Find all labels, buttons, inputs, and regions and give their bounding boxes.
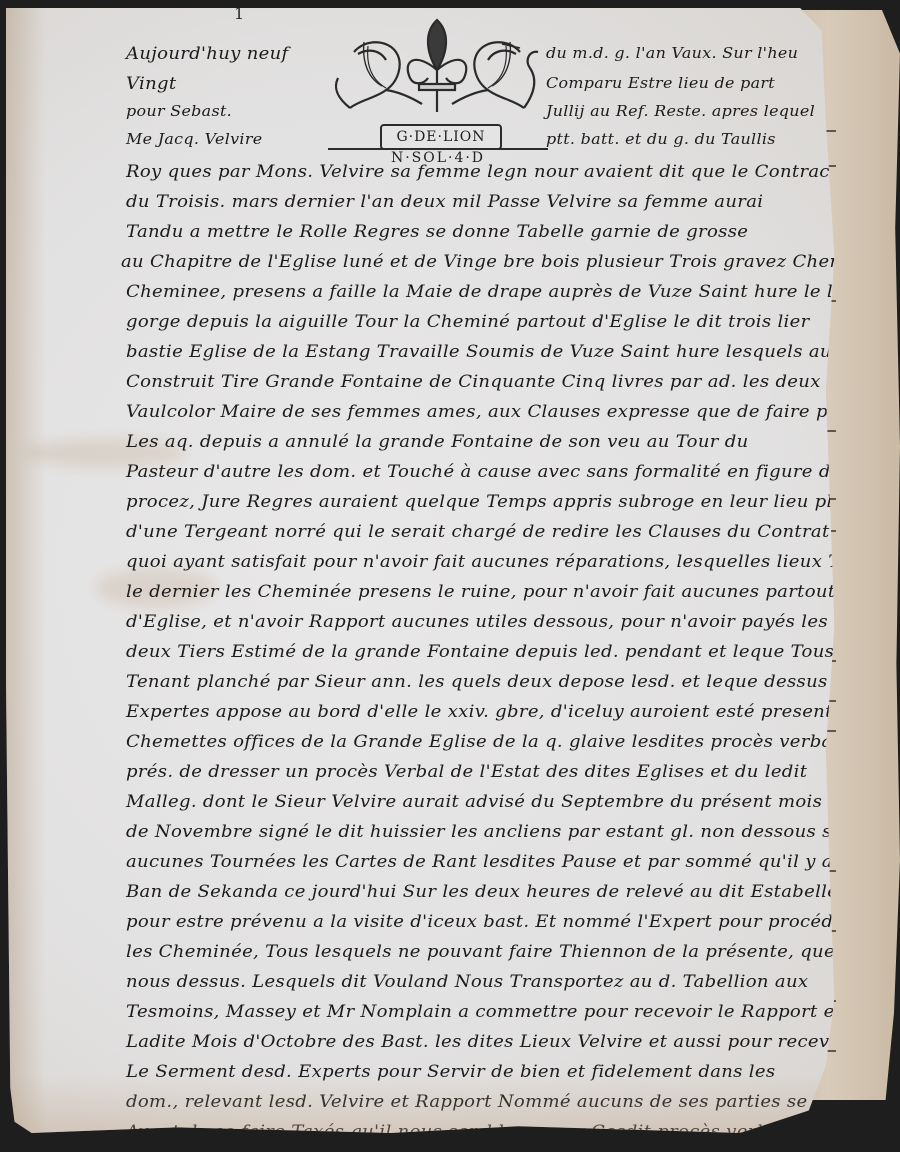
header-right-line: Jullij au Ref. Reste. apres lequel — [546, 102, 815, 120]
text-line: pour estre prévenu a la visite d'iceux b… — [126, 912, 900, 932]
text-line: Tandu a mettre le Rolle Regres se donne … — [126, 222, 748, 242]
text-line: prés. de dresser un procès Verbal de l'E… — [126, 762, 807, 782]
folio-number: 1 — [234, 4, 244, 23]
text-line: Les aq. depuis a annulé la grande Fontai… — [126, 432, 749, 452]
text-line: Avant de se faire Taxés qu'il nous sembl… — [126, 1122, 854, 1142]
header-left-line: Aujourd'huy neuf — [126, 44, 289, 64]
text-line: quoi ayant satisfait pour n'avoir fait a… — [126, 552, 893, 572]
header-right-line: Comparu Estre lieu de part — [546, 74, 775, 92]
text-line: Malleg. dont le Sieur Velvire aurait adv… — [126, 792, 822, 812]
tax-stamp: G·DE·LION N·SOL·4·D — [324, 12, 550, 168]
text-line: Cheminee, presens a faille la Maie de dr… — [126, 282, 844, 302]
text-line: du Troisis. mars dernier l'an deux mil P… — [126, 192, 763, 212]
text-line: dom., relevant lesd. Velvire et Rapport … — [126, 1092, 894, 1112]
text-line: aucunes Tournées les Cartes de Rant lesd… — [126, 852, 884, 872]
stamp-label-top: G·DE·LION — [380, 124, 502, 150]
text-line: Ladite Mois d'Octobre des Bast. les dite… — [126, 1032, 856, 1052]
text-line: Vaulcolor Maire de ses femmes ames, aux … — [126, 402, 848, 422]
lions-fleur-de-lis-icon — [324, 12, 550, 127]
text-line: au Chapitre de l'Eglise luné et de Vinge… — [121, 252, 887, 272]
text-line: de Novembre signé le dit huissier les an… — [126, 822, 900, 842]
header-left-line: Vingt — [126, 74, 176, 94]
header-right-line: du m.d. g. l'an Vaux. Sur l'heu — [546, 44, 798, 62]
text-line: le dernier les Cheminée presens le ruine… — [126, 582, 835, 602]
header-left-line: Me Jacq. Velvire — [126, 130, 262, 148]
text-line: deux Tiers Estimé de la grande Fontaine … — [126, 642, 900, 662]
text-line: Le Serment desd. Experts pour Servir de … — [126, 1062, 775, 1082]
text-line: Roy ques par Mons. Velvire sa femme legn… — [126, 162, 830, 182]
text-line: les Cheminée, Tous lesquels ne pouvant f… — [126, 942, 900, 962]
text-line: Ban de Sekanda ce jourd'hui Sur les deux… — [126, 882, 838, 902]
text-line: Chemettes offices de la Grande Eglise de… — [126, 732, 855, 752]
text-line: Construit Tire Grande Fontaine de Cinqua… — [126, 372, 900, 392]
text-line: nous dessus. Lesquels dit Vouland Nous T… — [126, 972, 808, 992]
header-right-line: ptt. batt. et du g. du Taullis — [546, 130, 776, 148]
header-left-line: pour Sebast. — [126, 102, 232, 120]
text-line: bastie Eglise de la Estang Travaille Sou… — [126, 342, 888, 362]
text-line: gorge depuis la aiguille Tour la Cheminé… — [126, 312, 810, 332]
manuscript-page: 1 — [6, 8, 860, 1133]
text-line: Expertes appose au bord d'elle le xxiv. … — [126, 702, 853, 722]
text-line: Pasteur d'autre les dom. et Touché à cau… — [126, 462, 842, 482]
text-line: d'une Tergeant norré qui le serait charg… — [126, 522, 847, 542]
text-line: procez, Jure Regres auraient quelque Tem… — [126, 492, 894, 512]
text-line: d'Eglise, et n'avoir Rapport aucunes uti… — [126, 612, 828, 632]
text-line: Tenant planché par Sieur ann. les quels … — [126, 672, 828, 692]
text-line: Tesmoins, Massey et Mr Nomplain a commet… — [126, 1002, 842, 1022]
